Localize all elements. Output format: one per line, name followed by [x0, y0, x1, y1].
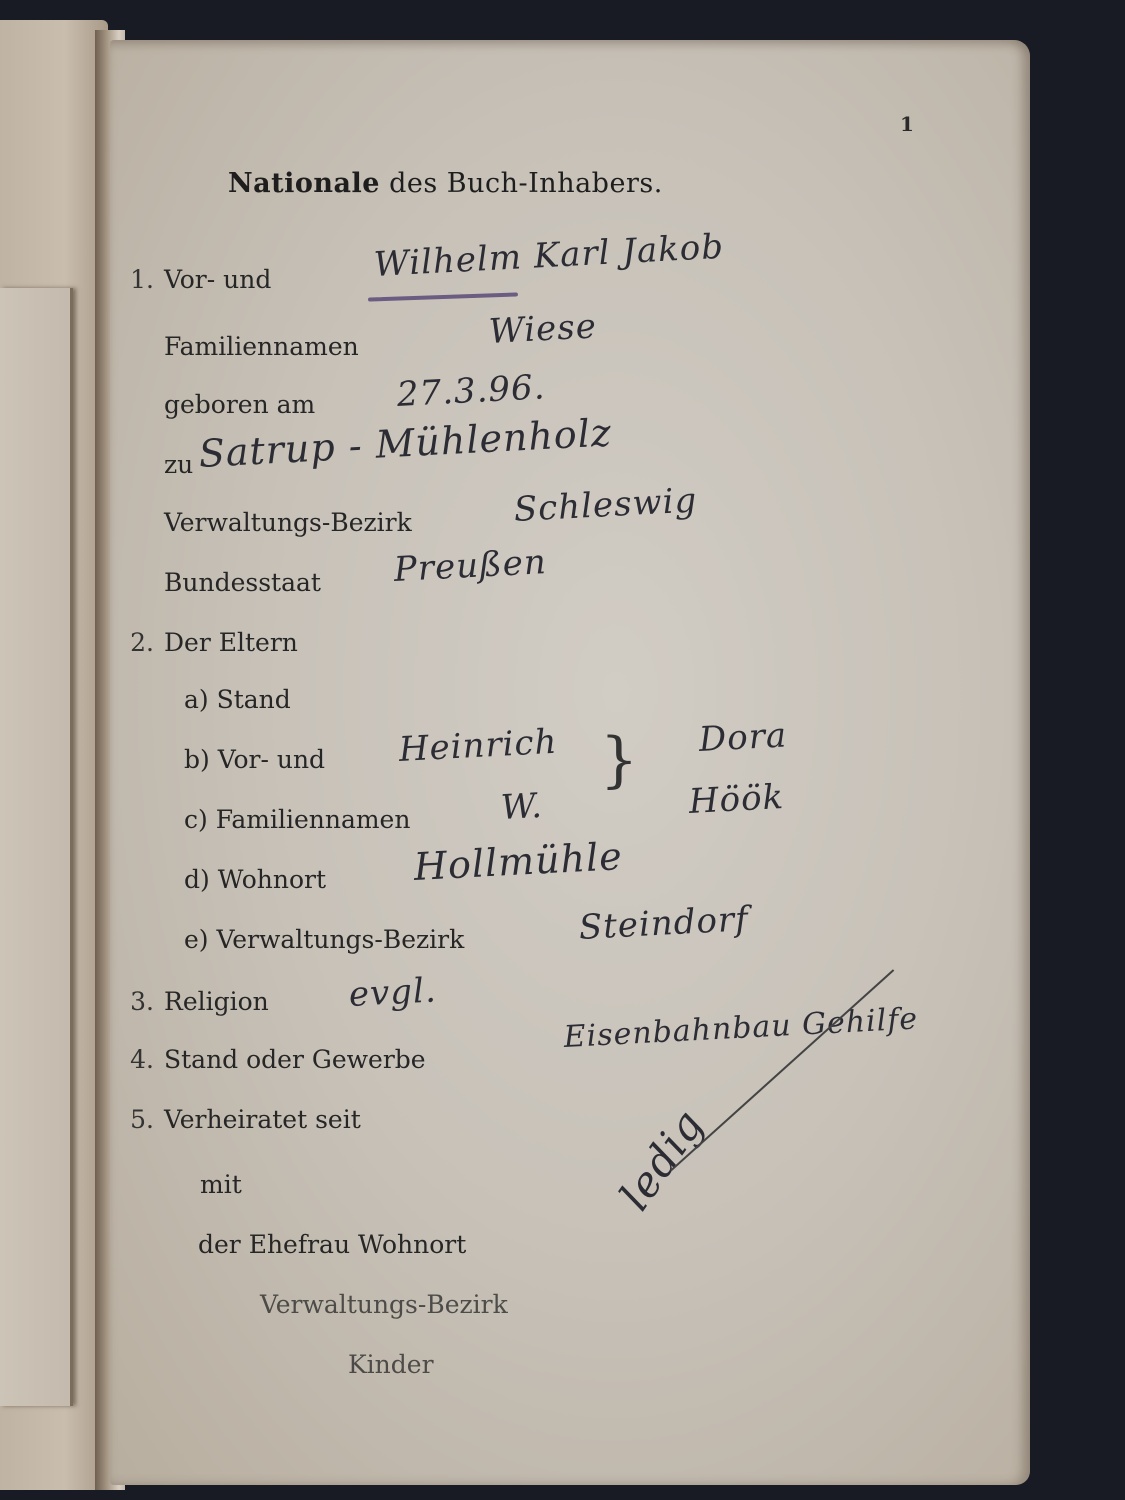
field-label: geboren am	[164, 390, 315, 419]
field-row: Bundesstaat	[164, 568, 321, 597]
purple-strike-mark	[368, 292, 518, 301]
field-row: Familiennamen	[164, 332, 359, 361]
field-row: geboren am	[164, 390, 315, 419]
handwritten-religion: evgl.	[348, 970, 438, 1015]
handwritten-mother-name: Dora	[698, 715, 788, 760]
brace-mark: }	[600, 725, 638, 795]
handwritten-father-surname: W.	[500, 786, 544, 828]
field-label: mit	[200, 1170, 242, 1199]
document-page: 1 Nationale des Buch-Inhabers. 1.Vor- un…	[110, 40, 1030, 1485]
field-row: 2.Der Eltern	[110, 628, 298, 657]
title-bold: Nationale	[228, 168, 380, 199]
field-label: e) Verwaltungs-Bezirk	[184, 925, 464, 954]
field-label: Der Eltern	[164, 628, 298, 657]
field-row: c) Familiennamen	[184, 805, 410, 834]
field-label: Religion	[164, 987, 269, 1016]
field-row: Verwaltungs-Bezirk	[260, 1290, 508, 1319]
handwritten-occupation: Eisenbahnbau Gehilfe	[563, 995, 945, 1061]
field-row: 3.Religion	[110, 987, 269, 1016]
left-page	[0, 20, 108, 1490]
field-row: Kinder	[348, 1350, 434, 1379]
handwritten-residence: Hollmühle	[413, 834, 624, 889]
field-label: Kinder	[348, 1350, 434, 1379]
field-label: Stand oder Gewerbe	[164, 1045, 426, 1074]
field-row: der Ehefrau Wohnort	[198, 1230, 466, 1259]
handwritten-parent-district: Steindorf	[578, 899, 750, 948]
field-row: 4.Stand oder Gewerbe	[110, 1045, 426, 1074]
handwritten-district: Schleswig	[513, 480, 698, 530]
field-label: Vor- und	[164, 265, 271, 294]
field-label: b) Vor- und	[184, 745, 325, 774]
handwritten-mother-surname: Höök	[688, 777, 785, 822]
handwritten-father-name: Heinrich	[398, 722, 558, 770]
handwritten-state: Preußen	[393, 542, 548, 590]
page-title: Nationale des Buch-Inhabers.	[228, 168, 663, 199]
field-row: b) Vor- und	[184, 745, 325, 774]
field-row: 5.Verheiratet seit	[110, 1105, 361, 1134]
field-row: e) Verwaltungs-Bezirk	[184, 925, 464, 954]
handwritten-birthplace: Satrup - Mühlenholz	[198, 410, 613, 476]
field-label: Familiennamen	[164, 332, 359, 361]
field-label: Verwaltungs-Bezirk	[260, 1290, 508, 1319]
field-row: zu	[164, 450, 193, 479]
field-label: zu	[164, 450, 193, 479]
handwritten-signature-ledig: ledig	[610, 1100, 714, 1219]
field-label: c) Familiennamen	[184, 805, 410, 834]
diagonal-strike-line	[670, 969, 894, 1171]
field-label: Bundesstaat	[164, 568, 321, 597]
title-rest: des Buch-Inhabers.	[389, 168, 663, 199]
field-label: der Ehefrau Wohnort	[198, 1230, 466, 1259]
field-row: 1.Vor- und	[110, 265, 271, 294]
field-row: Verwaltungs-Bezirk	[164, 508, 412, 537]
handwritten-birth-date: 27.3.96.	[396, 367, 546, 415]
field-row: d) Wohnort	[184, 865, 326, 894]
field-label: Verwaltungs-Bezirk	[164, 508, 412, 537]
left-page-insert	[0, 288, 73, 1406]
field-row: mit	[200, 1170, 242, 1199]
page-number: 1	[900, 112, 914, 136]
field-label: a) Stand	[184, 685, 291, 714]
handwritten-given-names: Wilhelm Karl Jakob	[373, 227, 725, 285]
field-row: a) Stand	[184, 685, 291, 714]
field-label: d) Wohnort	[184, 865, 326, 894]
field-label: Verheiratet seit	[164, 1105, 361, 1134]
handwritten-family-name: Wiese	[488, 306, 598, 352]
